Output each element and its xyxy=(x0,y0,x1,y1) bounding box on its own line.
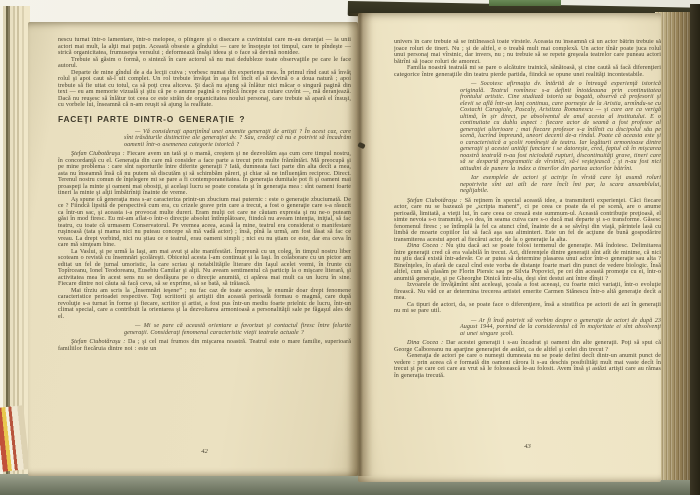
paragraph: Ştefan Ciubotăraşu : Să reţinem în speci… xyxy=(394,198,661,244)
left-page-text: nescu turnat într-o lamentare, într-o me… xyxy=(58,37,351,443)
right-page: univers în care trebuie să se întîlneasc… xyxy=(358,13,661,482)
speaker-name: Ştefan Ciubotăraşu : xyxy=(407,198,462,204)
interviewer-question: Iar exemplele de actori şi actriţe în vî… xyxy=(460,175,661,195)
right-page-text: univers în care trebuie să se întîlneasc… xyxy=(394,39,661,439)
left-page: nescu turnat într-o lamentare, într-o me… xyxy=(28,22,358,476)
paragraph: Dina Cocea : Nu ştiu dacă aci se poate f… xyxy=(394,243,661,282)
paragraph-text: Generaţia de actori pe care o numeşti du… xyxy=(394,353,661,379)
paragraph-text: Nu ştiu dacă aci se poate folosi termenu… xyxy=(394,243,661,282)
speaker-name: Dina Cocea : xyxy=(407,340,443,346)
book-cover-cloth xyxy=(489,0,561,6)
paragraph: Aş spune că generaţia mea s-ar caracteri… xyxy=(58,197,351,249)
paragraph-text: Ca tipuri de actori, da, se poate face o… xyxy=(394,302,661,315)
interviewer-question: — Ar fi însă potrivit să vorbim despre o… xyxy=(460,318,661,338)
paragraph-text: — Socotesc afirmaţia dv. întărită de o î… xyxy=(460,81,661,172)
paragraph: nescu turnat într-o lamentare, într-o me… xyxy=(58,37,351,57)
speaker-name: Dina Cocea : xyxy=(407,243,443,249)
paragraph-text: univers în care trebuie să se întîlneasc… xyxy=(394,39,661,65)
speaker-name: Ştefan Ciubotăraşu : xyxy=(71,151,125,157)
paragraph-text: Familia noastră teatrală mi se pare o al… xyxy=(394,65,661,78)
paragraph: Trebuie să găsim o formă, o sinteză în c… xyxy=(58,57,351,70)
paragraph-text: Aş spune că generaţia mea s-ar caracteri… xyxy=(58,197,351,249)
paragraph-text: Să reţinem în special această idee, a tr… xyxy=(394,198,661,243)
interviewer-question: — Mi se pare că această orientare a favo… xyxy=(124,323,351,336)
paragraph-text: La Vaslui, şi pe urmă la Iaşi, am mai av… xyxy=(58,249,351,288)
paragraph: Ştefan Ciubotăraşu : Fiecare avem un tat… xyxy=(58,151,351,197)
page-number: 43 xyxy=(394,443,661,450)
paragraph: Mai tîrziu am scris la „Însemnări ieşene… xyxy=(58,288,351,321)
paragraph: Dina Cocea : Dar acestei generaţii i s-a… xyxy=(394,340,661,353)
right-fore-edge xyxy=(655,12,695,480)
left-page-stack-edge xyxy=(0,6,30,474)
section-heading: FACEŢI PARTE DINTR-O GENERAŢIE ? xyxy=(58,115,351,124)
paragraph: La Vaslui, şi pe urmă la Iaşi, am mai av… xyxy=(58,249,351,288)
paragraph-text: — Mi se pare că această orientare a favo… xyxy=(124,323,351,336)
paragraph-text: — Vă consideraţi aparţinînd unei anumite… xyxy=(124,129,351,148)
page-number: 42 xyxy=(58,448,351,455)
paragraph: Departe de mine gîndul de a da lecţii cu… xyxy=(58,70,351,109)
speaker-name: Ştefan Ciubotăraşu : xyxy=(71,339,125,345)
paragraph-text: nescu turnat într-o lamentare, într-o me… xyxy=(58,37,351,56)
paragraph-text: FACEŢI PARTE DINTR-O GENERAŢIE ? xyxy=(58,114,245,124)
paragraph: univers în care trebuie să se întîlneasc… xyxy=(394,39,661,65)
paragraph-text: Departe de mine gîndul de a da lecţii cu… xyxy=(58,70,351,109)
paragraph: Generaţia de actori pe care o numeşti du… xyxy=(394,353,661,379)
interviewer-question: — Socotesc afirmaţia dv. întărită de o î… xyxy=(460,81,661,172)
paragraph: Familia noastră teatrală mi se pare o al… xyxy=(394,65,661,78)
paragraph-text: Trebuie să găsim o formă, o sinteză în c… xyxy=(58,57,351,70)
paragraph: Ca tipuri de actori, da, se poate face o… xyxy=(394,302,661,315)
paragraph-text: Mai tîrziu am scris la „Însemnări ieşene… xyxy=(58,288,351,320)
paragraph-text: Iar exemplele de actori şi actriţe în vî… xyxy=(460,175,661,194)
book-cover-right-edge xyxy=(690,4,700,495)
paragraph: Ştefan Ciubotăraşu : Da ; şi cel mai fru… xyxy=(58,339,351,352)
paragraph-text: — Ar fi însă potrivit să vorbim despre o… xyxy=(460,318,661,337)
paragraph-text: Izvoarele de învăţămînt sînt aceleaşi, ş… xyxy=(394,282,661,301)
paragraph-text: Fiecare avem un tată şi o mamă, creştem … xyxy=(58,151,351,196)
paragraph: Izvoarele de învăţămînt sînt aceleaşi, ş… xyxy=(394,282,661,302)
interviewer-question: — Vă consideraţi aparţinînd unei anumite… xyxy=(124,129,351,149)
